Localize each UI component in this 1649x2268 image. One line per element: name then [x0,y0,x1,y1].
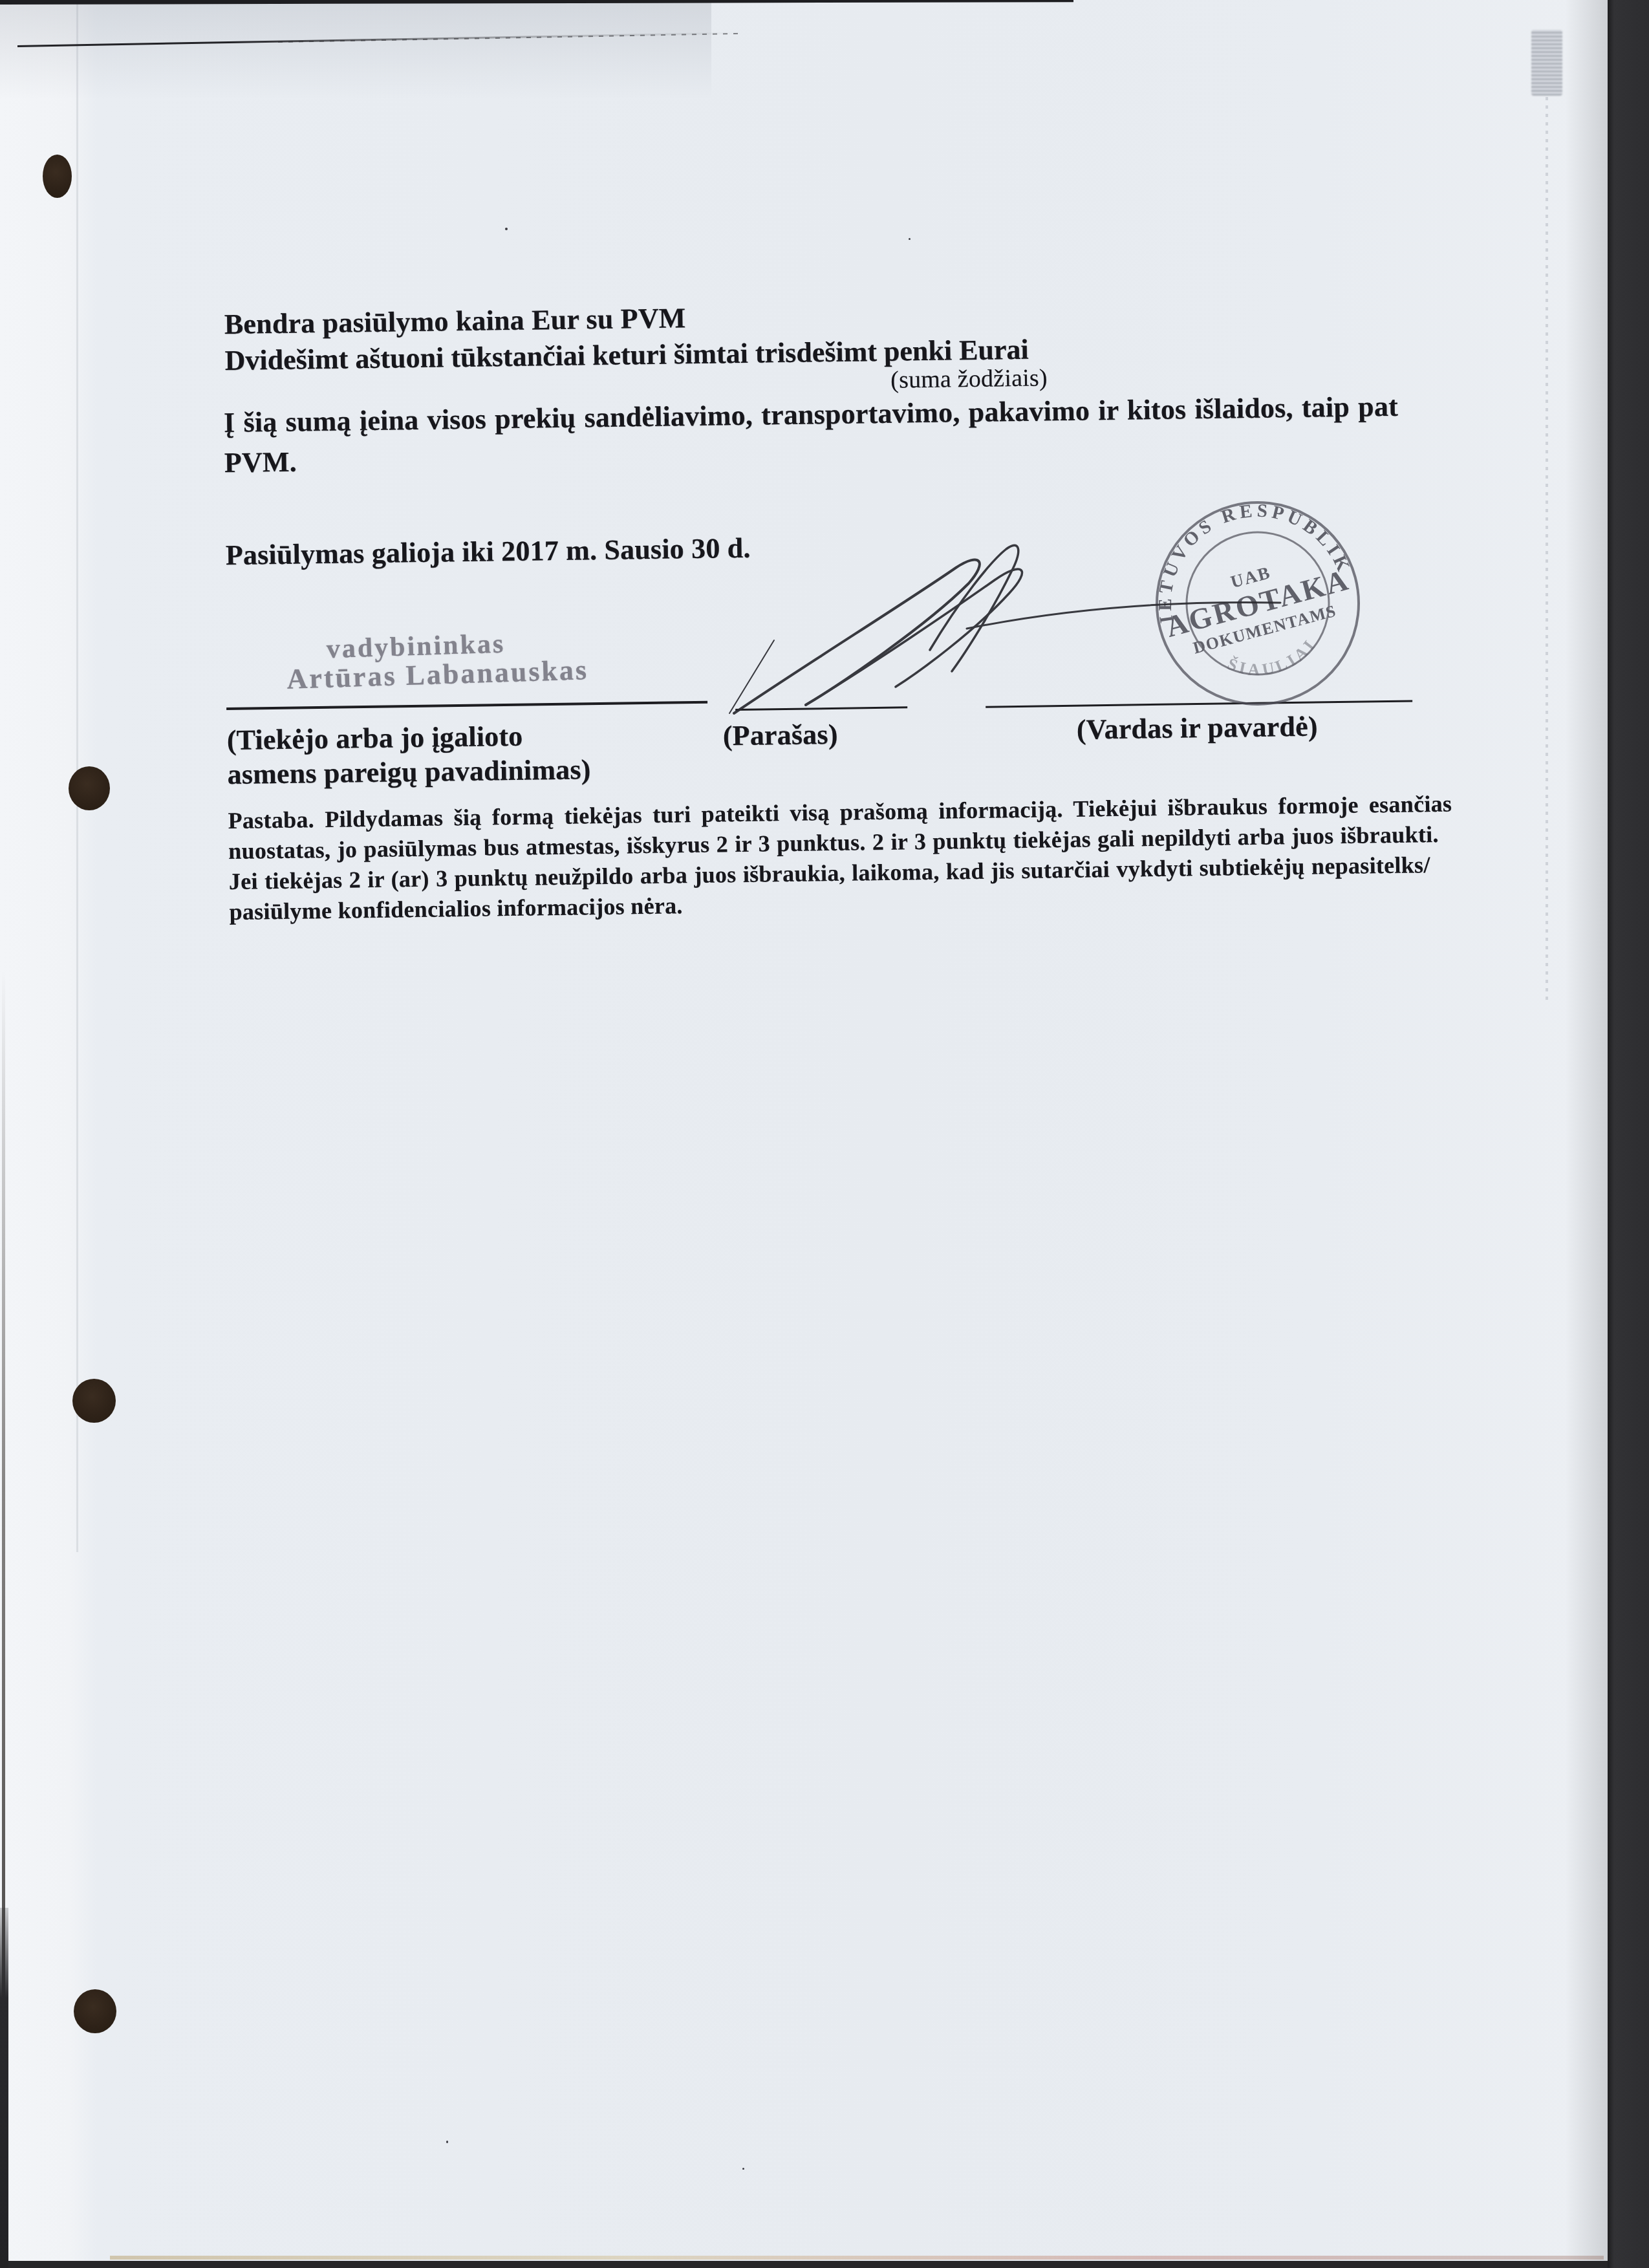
price-title: Bendra pasiūlymo kaina Eur su PVM [224,301,685,341]
amount-words-caption: (suma žodžiais) [890,363,1048,394]
includes-line-1: Į šią sumą įeina visos prekių sandėliavi… [224,390,1399,439]
scanner-left-bottom-edge [0,1908,8,2268]
note-line-4: pasiūlyme konfidencialios informacijos n… [229,892,683,925]
scanned-document-page: Bendra pasiūlymo kaina Eur su PVM Dvideš… [0,0,1649,2268]
signature-scribble [698,530,1313,724]
document-text-layer: Bendra pasiūlymo kaina Eur su PVM Dvideš… [0,0,1649,2268]
validity-line: Pasiūlymas galioja iki 2017 m. Sausio 30… [225,532,750,572]
position-caption-line-1: (Tiekėjo arba jo įgalioto [226,720,523,757]
position-signature-line [226,701,707,710]
position-caption-line-2: asmens pareigų pavadinimas) [227,753,591,791]
includes-line-2: PVM. [224,445,297,479]
